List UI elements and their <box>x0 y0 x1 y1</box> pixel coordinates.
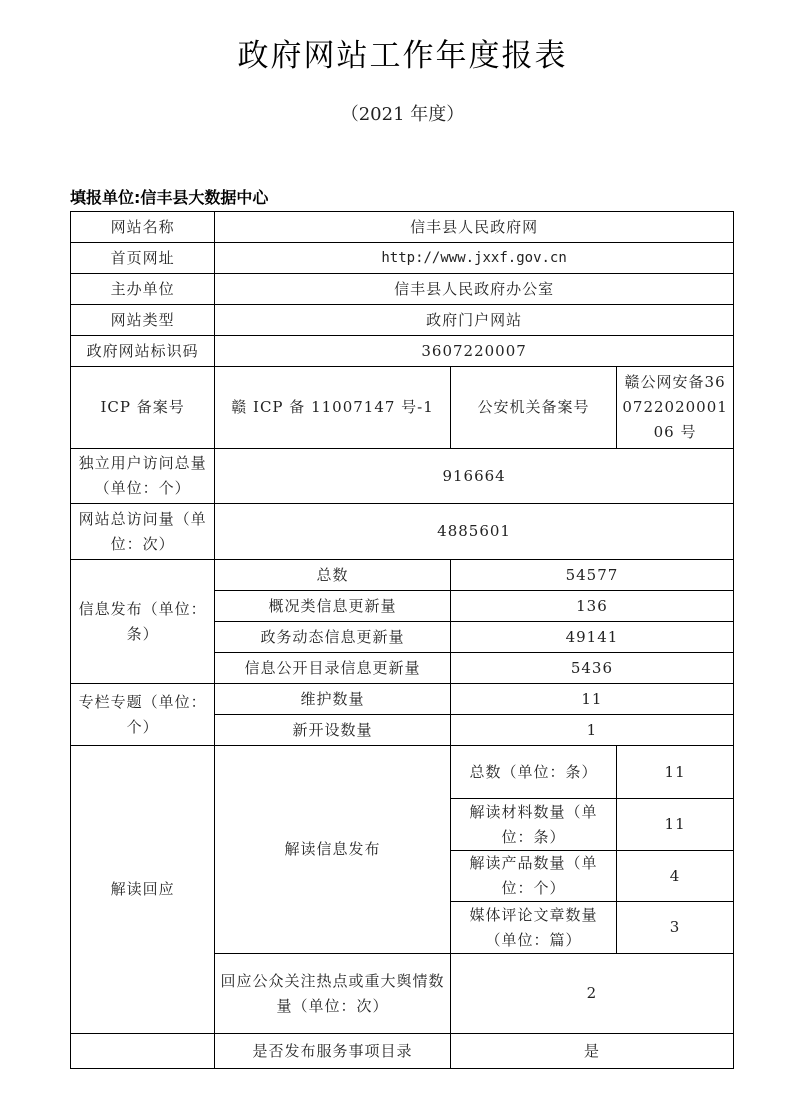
sponsor-value: 信丰县人民政府办公室 <box>215 274 734 305</box>
police-value: 赣公网安备36072202000106 号 <box>617 367 734 449</box>
table-row: 解读回应 解读信息发布 总数（单位：条） 11 <box>71 746 734 799</box>
filler-unit: 填报单位:信丰县大数据中心 <box>70 185 268 208</box>
table-row: ICP 备案号 赣 ICP 备 11007147 号-1 公安机关备案号 赣公网… <box>71 367 734 449</box>
info-row-label: 概况类信息更新量 <box>215 591 451 622</box>
info-label: 信息发布（单位：条） <box>71 560 215 684</box>
info-row-value: 49141 <box>450 622 733 653</box>
info-row-value: 5436 <box>450 653 733 684</box>
info-row-label: 政务动态信息更新量 <box>215 622 451 653</box>
site-name-value: 信丰县人民政府网 <box>215 212 734 243</box>
homepage-value: http://www.jxxf.gov.cn <box>215 243 734 274</box>
column-row-label: 新开设数量 <box>215 715 451 746</box>
interpret-row-value: 4 <box>617 851 734 902</box>
table-row: 专栏专题（单位：个） 维护数量 11 <box>71 684 734 715</box>
table-row: 是否发布服务事项目录 是 <box>71 1034 734 1069</box>
table-row: 独立用户访问总量（单位：个） 916664 <box>71 449 734 504</box>
site-code-label: 政府网站标识码 <box>71 336 215 367</box>
interpret-row-label: 总数（单位：条） <box>450 746 616 799</box>
uv-label: 独立用户访问总量（单位：个） <box>71 449 215 504</box>
interpret-label: 解读回应 <box>71 746 215 1034</box>
uv-value: 916664 <box>215 449 734 504</box>
service-value: 是 <box>450 1034 733 1069</box>
column-row-value: 1 <box>450 715 733 746</box>
interpret-row-label: 媒体评论文章数量（单位：篇） <box>450 902 616 954</box>
service-label: 是否发布服务事项目录 <box>215 1034 451 1069</box>
interpret-row-value: 3 <box>617 902 734 954</box>
column-label: 专栏专题（单位：个） <box>71 684 215 746</box>
info-row-value: 54577 <box>450 560 733 591</box>
icp-label: ICP 备案号 <box>71 367 215 449</box>
site-name-label: 网站名称 <box>71 212 215 243</box>
report-year: （2021 年度） <box>0 100 805 126</box>
response-value: 2 <box>450 954 733 1034</box>
table-row: 首页网址 http://www.jxxf.gov.cn <box>71 243 734 274</box>
pv-value: 4885601 <box>215 504 734 560</box>
site-type-label: 网站类型 <box>71 305 215 336</box>
site-type-value: 政府门户网站 <box>215 305 734 336</box>
table-row: 网站类型 政府门户网站 <box>71 305 734 336</box>
sponsor-label: 主办单位 <box>71 274 215 305</box>
service-empty-cell <box>71 1034 215 1069</box>
info-row-value: 136 <box>450 591 733 622</box>
table-row: 网站总访问量（单位：次） 4885601 <box>71 504 734 560</box>
table-row: 政府网站标识码 3607220007 <box>71 336 734 367</box>
info-row-label: 信息公开目录信息更新量 <box>215 653 451 684</box>
page-title: 政府网站工作年度报表 <box>0 30 805 75</box>
interpret-row-label: 解读材料数量（单位：条） <box>450 799 616 851</box>
column-row-label: 维护数量 <box>215 684 451 715</box>
interpret-row-label: 解读产品数量（单位：个） <box>450 851 616 902</box>
police-label: 公安机关备案号 <box>450 367 616 449</box>
report-table: 网站名称 信丰县人民政府网 首页网址 http://www.jxxf.gov.c… <box>70 211 734 1069</box>
pv-label: 网站总访问量（单位：次） <box>71 504 215 560</box>
table-row: 网站名称 信丰县人民政府网 <box>71 212 734 243</box>
response-label: 回应公众关注热点或重大舆情数量（单位：次） <box>215 954 451 1034</box>
column-row-value: 11 <box>450 684 733 715</box>
interpret-publish-label: 解读信息发布 <box>215 746 451 954</box>
icp-value: 赣 ICP 备 11007147 号-1 <box>215 367 451 449</box>
interpret-row-value: 11 <box>617 746 734 799</box>
homepage-label: 首页网址 <box>71 243 215 274</box>
site-code-value: 3607220007 <box>215 336 734 367</box>
info-row-label: 总数 <box>215 560 451 591</box>
table-row: 信息发布（单位：条） 总数 54577 <box>71 560 734 591</box>
table-row: 主办单位 信丰县人民政府办公室 <box>71 274 734 305</box>
interpret-row-value: 11 <box>617 799 734 851</box>
